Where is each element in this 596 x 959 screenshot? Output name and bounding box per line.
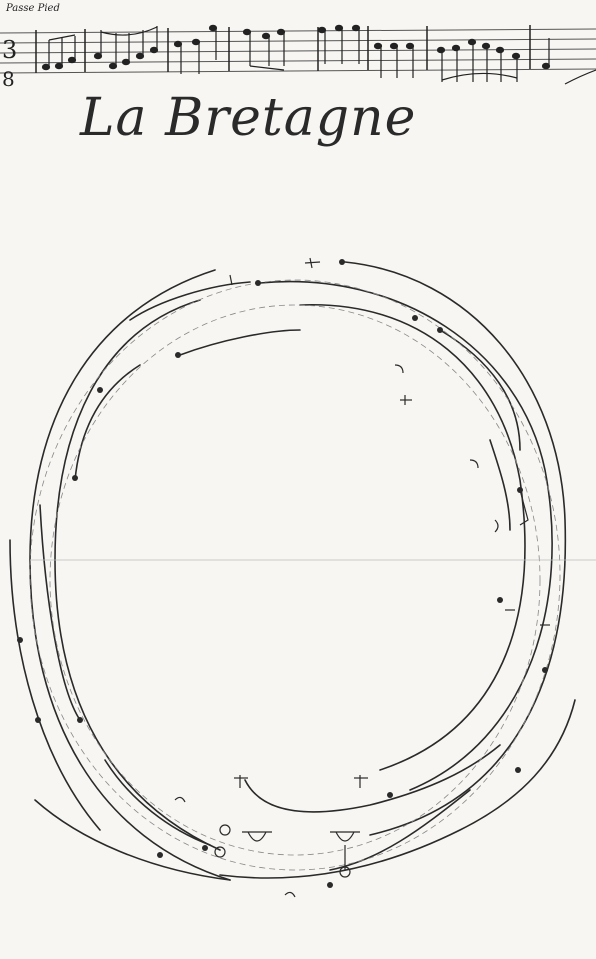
- dance-figure: [0, 0, 596, 959]
- notation-page: 3 8: [0, 0, 596, 959]
